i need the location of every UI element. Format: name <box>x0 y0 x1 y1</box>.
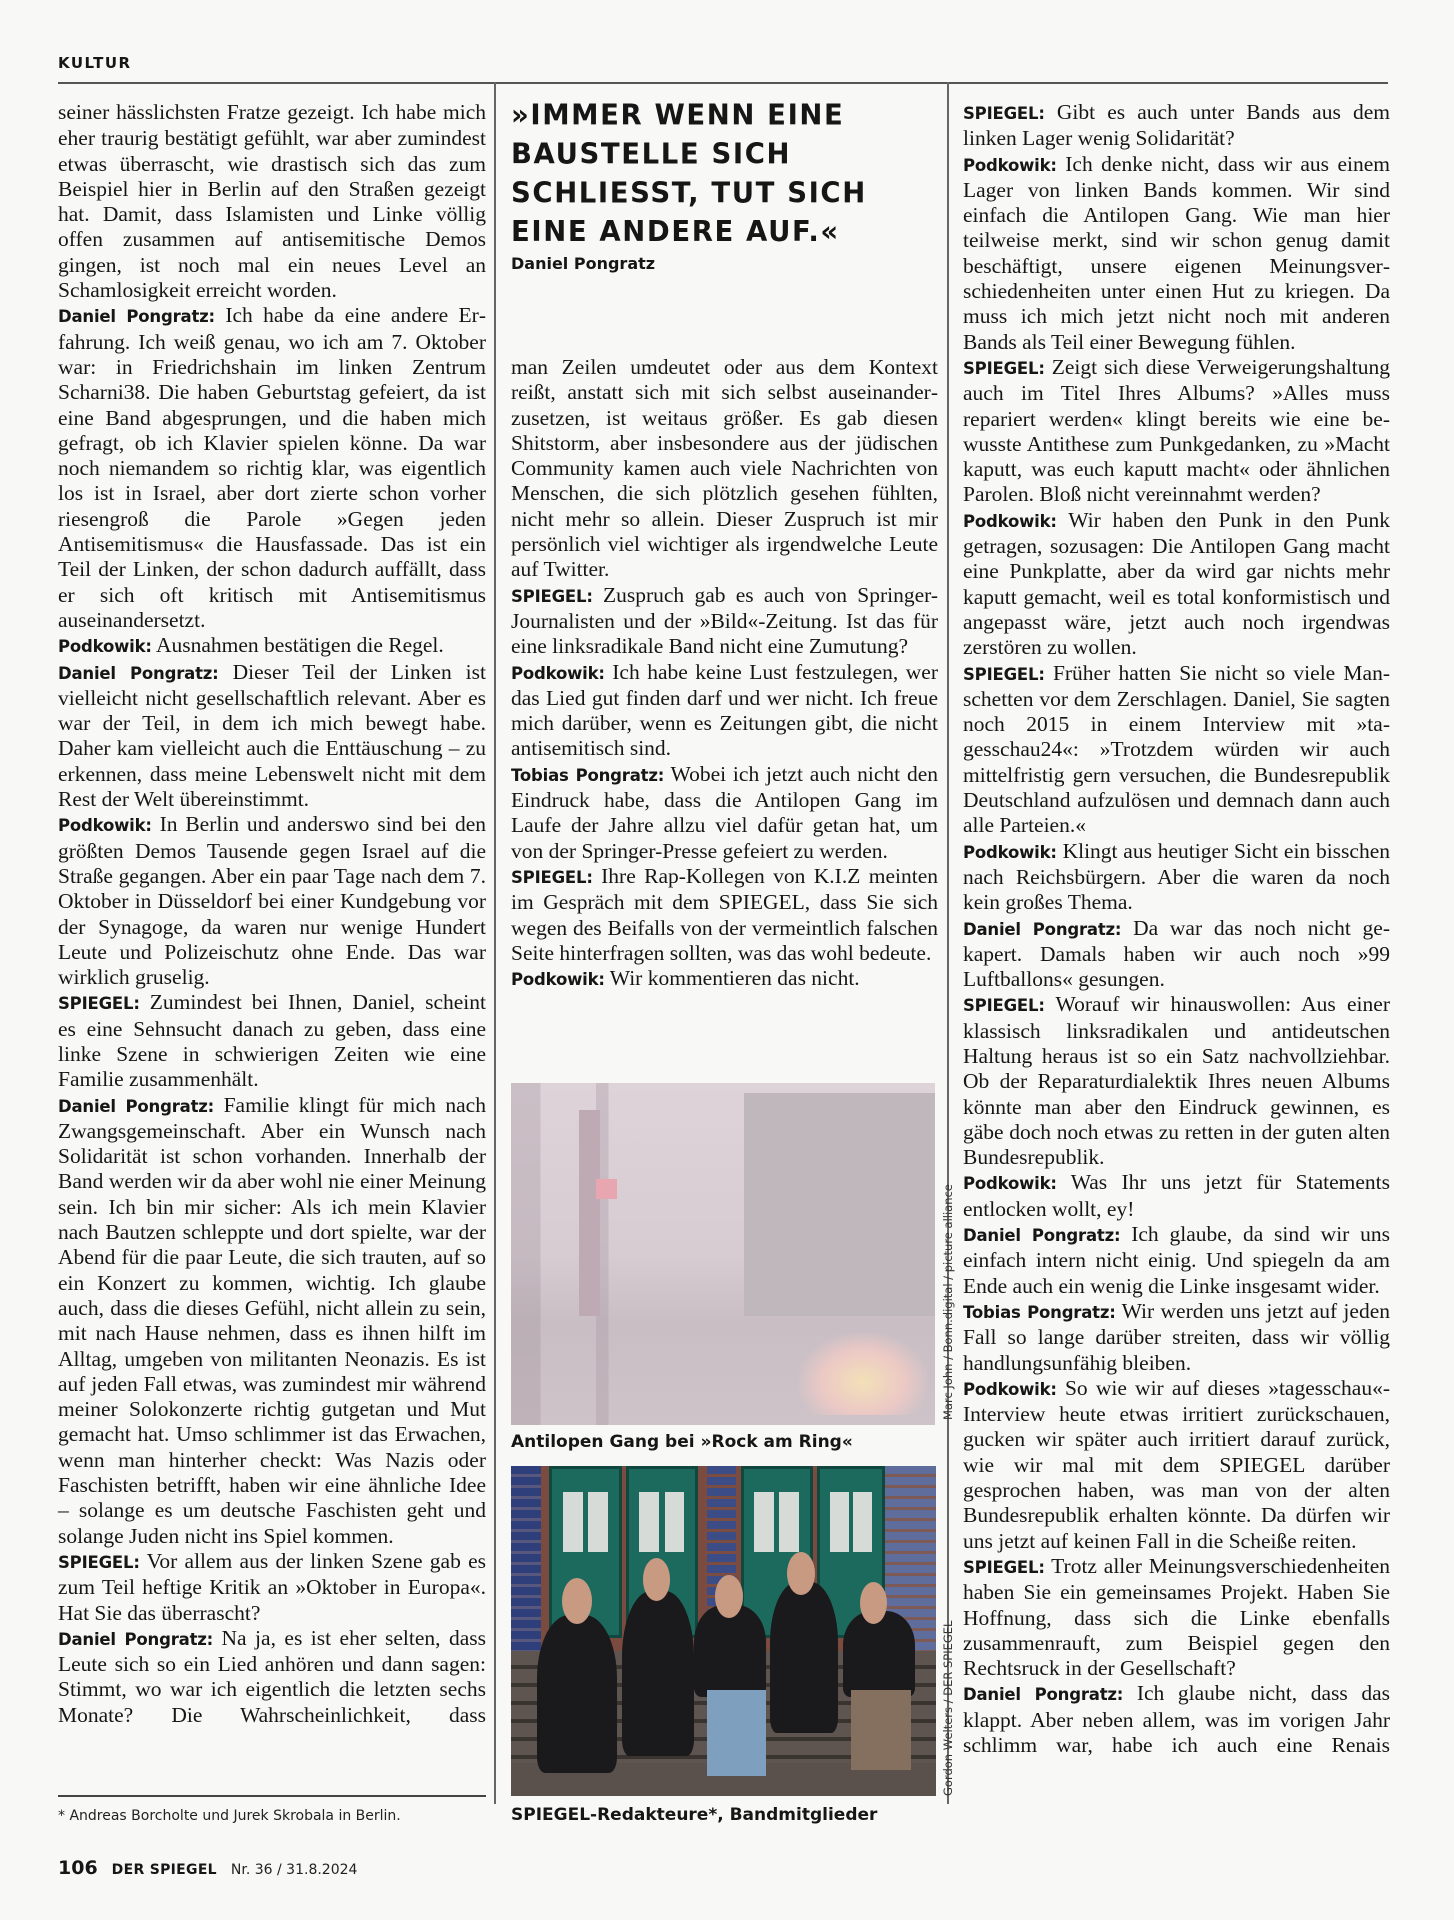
page-number: 106 <box>58 1857 98 1879</box>
concert-photo <box>511 1083 935 1425</box>
paragraph: Daniel Pongratz: Ich habe da eine andere… <box>58 303 486 633</box>
paragraph: Podkowik: Klingt aus heutiger Sicht ein … <box>963 839 1390 916</box>
paragraph: SPIEGEL: Zuspruch gab es auch von Spring… <box>511 583 938 660</box>
speaker-label: SPIEGEL: <box>963 359 1045 378</box>
paragraph: SPIEGEL: Vor allem aus der linken Szene … <box>58 1549 486 1626</box>
section-label: KULTUR <box>58 54 132 72</box>
speaker-label: Daniel Pongratz: <box>58 307 215 326</box>
magazine-name: DER SPIEGEL <box>112 1862 217 1878</box>
band-group-photo <box>511 1466 936 1796</box>
speaker-label: Daniel Pongratz: <box>58 664 219 683</box>
footnote-rule <box>58 1795 486 1797</box>
speaker-label: Podkowik: <box>963 156 1057 175</box>
paragraph: Daniel Pongratz: Dieser Teil der Linken … <box>58 660 486 813</box>
top-rule <box>58 82 1388 84</box>
speaker-label: SPIEGEL: <box>58 994 140 1013</box>
speaker-label: Podkowik: <box>963 1174 1057 1193</box>
paragraph: Daniel Pongratz: Na ja, es ist eher selt… <box>58 1626 486 1728</box>
speaker-label: Daniel Pongratz: <box>58 1630 213 1649</box>
paragraph: SPIEGEL: Worauf wir hinauswollen: Aus ei… <box>963 992 1390 1170</box>
paragraph: Daniel Pongratz: Da war das noch nicht g… <box>963 916 1390 993</box>
paragraph: SPIEGEL: Gibt es auch unter Bands aus de… <box>963 100 1390 152</box>
column-divider-left <box>494 82 496 1804</box>
paragraph: Podkowik: Ich habe keine Lust festzulege… <box>511 660 938 762</box>
paragraph: seiner hässlichsten Fratze gezeigt. Ich … <box>58 100 486 303</box>
speaker-label: SPIEGEL: <box>963 996 1045 1015</box>
paragraph: Podkowik: Ich denke nicht, dass wir aus … <box>963 152 1390 355</box>
paragraph: Daniel Pongratz: Ich glaube, da sind wir… <box>963 1222 1390 1299</box>
page-footer: 106 DER SPIEGEL Nr. 36 / 31.8.2024 <box>58 1857 357 1879</box>
paragraph: Daniel Pongratz: Familie klingt für mich… <box>58 1093 486 1549</box>
speaker-label: Podkowik: <box>58 816 152 835</box>
photo-caption: SPIEGEL-Redakteure*, Bandmitglieder <box>511 1805 877 1825</box>
paragraph: Podkowik: In Berlin und anderswo sind be… <box>58 812 486 990</box>
paragraph: SPIEGEL: Trotz aller Meinungsverschieden… <box>963 1554 1390 1681</box>
paragraph: Podkowik: Wir kommentieren das nicht. <box>511 966 938 992</box>
speaker-label: Daniel Pongratz: <box>963 1226 1120 1245</box>
photo-credit: Marc John / Bonn.digital / picture allia… <box>941 1184 955 1420</box>
issue-info: Nr. 36 / 31.8.2024 <box>231 1862 358 1878</box>
paragraph: SPIEGEL: Zumindest bei Ihnen, Daniel, sc… <box>58 990 486 1092</box>
pull-quote-author: Daniel Pongratz <box>511 254 655 273</box>
speaker-label: Podkowik: <box>963 1380 1057 1399</box>
paragraph: Podkowik: So wie wir auf dieses »tages­s… <box>963 1376 1390 1554</box>
paragraph: Podkowik: Wir haben den Punk in den Punk… <box>963 508 1390 661</box>
paragraph: man Zeilen umdeutet oder aus dem Kontext… <box>511 355 938 583</box>
speaker-label: Podkowik: <box>511 664 605 683</box>
paragraph: SPIEGEL: Ihre Rap-Kollegen von K.I.Z mei… <box>511 864 938 966</box>
article-column-right: SPIEGEL: Gibt es auch unter Bands aus de… <box>963 100 1390 1758</box>
speaker-label: Daniel Pongratz: <box>963 920 1121 939</box>
speaker-label: SPIEGEL: <box>58 1553 140 1572</box>
paragraph: Podkowik: Ausnahmen bestätigen die Regel… <box>58 633 486 659</box>
speaker-label: SPIEGEL: <box>963 665 1045 684</box>
speaker-label: Tobias Pongratz: <box>511 766 664 785</box>
speaker-label: Daniel Pongratz: <box>58 1097 214 1116</box>
paragraph: Tobias Pongratz: Wir werden uns jetzt au… <box>963 1299 1390 1376</box>
speaker-label: Podkowik: <box>963 843 1057 862</box>
speaker-label: SPIEGEL: <box>963 104 1045 123</box>
paragraph: Daniel Pongratz: Ich glaube nicht, dass … <box>963 1681 1390 1758</box>
speaker-label: Podkowik: <box>58 637 152 656</box>
speaker-label: Daniel Pongratz: <box>963 1685 1123 1704</box>
paragraph: Tobias Pongratz: Wobei ich jetzt auch ni… <box>511 762 938 864</box>
article-column-left: seiner hässlichsten Fratze gezeigt. Ich … <box>58 100 486 1780</box>
article-column-middle: man Zeilen umdeutet oder aus dem Kontext… <box>511 355 938 992</box>
footnote: * Andreas Borcholte und Jurek Skrobala i… <box>58 1808 401 1824</box>
speaker-label: Podkowik: <box>511 970 605 989</box>
paragraph: SPIEGEL: Früher hatten Sie nicht so viel… <box>963 661 1390 839</box>
speaker-label: Podkowik: <box>963 512 1057 531</box>
speaker-label: SPIEGEL: <box>963 1558 1045 1577</box>
paragraph: Podkowik: Was Ihr uns jetzt für Statemen… <box>963 1170 1390 1222</box>
pull-quote: »IMMER WENN EINE BAUSTELLE SICH SCHLIESS… <box>511 96 931 251</box>
speaker-label: SPIEGEL: <box>511 587 593 606</box>
paragraph: SPIEGEL: Zeigt sich diese Verweigerungsh… <box>963 355 1390 508</box>
photo-credit: Gordon Welters / DER SPIEGEL <box>941 1621 955 1796</box>
photo-caption: Antilopen Gang bei »Rock am Ring« <box>511 1432 853 1452</box>
speaker-label: SPIEGEL: <box>511 868 593 887</box>
column-divider-right <box>947 82 949 1804</box>
speaker-label: Tobias Pongratz: <box>963 1303 1116 1322</box>
